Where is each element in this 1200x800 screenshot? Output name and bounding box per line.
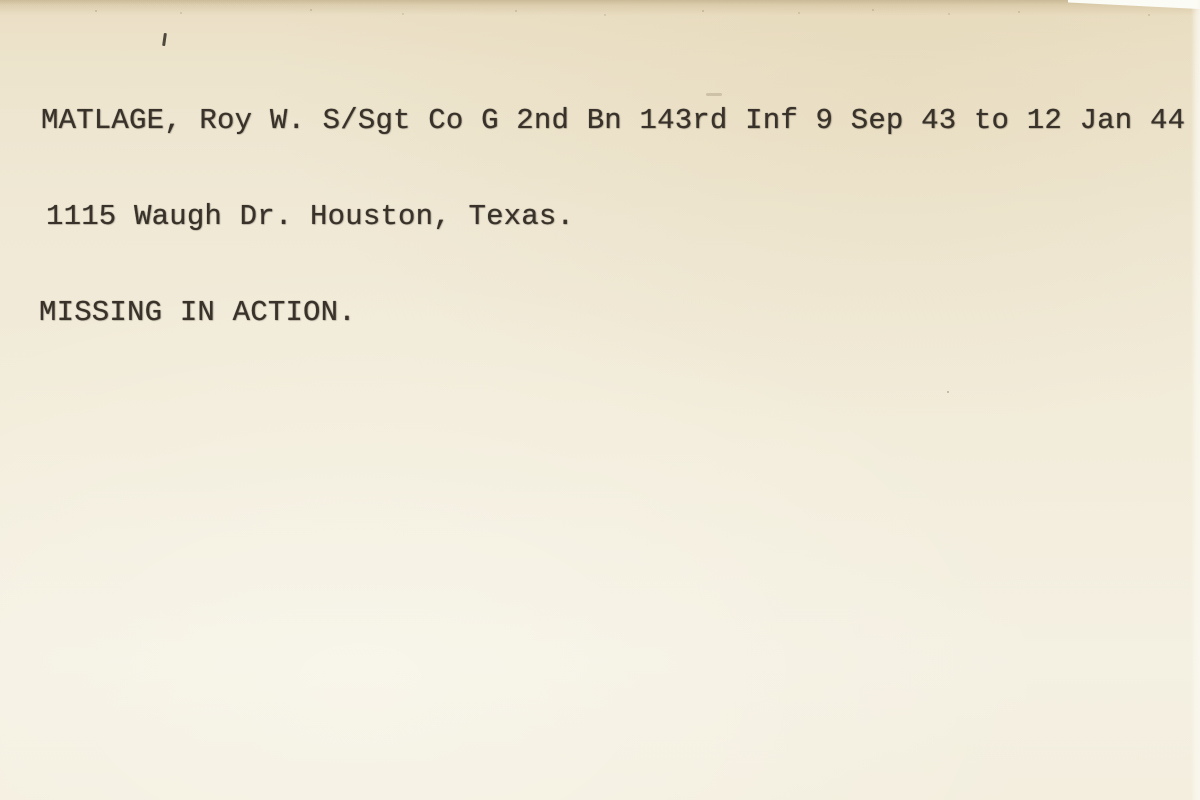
scan-right-edge: [1191, 0, 1200, 800]
index-card: MATLAGE, Roy W. S/Sgt Co G 2nd Bn 143rd …: [0, 0, 1200, 800]
card-line-address: 1115 Waugh Dr. Houston, Texas.: [46, 201, 1185, 233]
card-line-status: MISSING IN ACTION.: [39, 297, 1185, 329]
scan-speckles: [0, 0, 2, 2]
ink-smudge: [706, 93, 722, 96]
typed-text-block: MATLAGE, Roy W. S/Sgt Co G 2nd Bn 143rd …: [38, 41, 1185, 393]
card-line-service-record: MATLAGE, Roy W. S/Sgt Co G 2nd Bn 143rd …: [41, 105, 1185, 137]
scan-top-edge: [0, 0, 1200, 16]
